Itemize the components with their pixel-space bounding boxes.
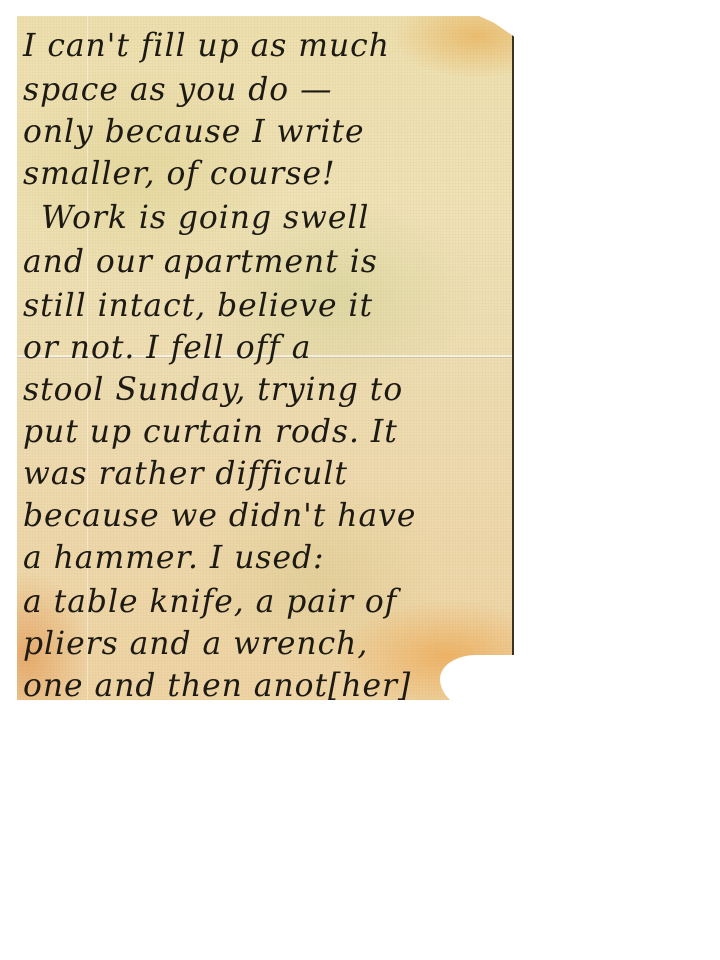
text-line: put up curtain rods. It [23,412,398,450]
text-line: stool Sunday, trying to [23,370,403,408]
text-line: Work is going swell [41,198,369,236]
text-line: only because I write [23,112,364,150]
text-line: was rather difficult [23,454,348,492]
torn-corner [440,655,530,715]
text-line: space as you do — [23,70,332,108]
text-line: pliers and a wrench, [23,624,368,662]
text-line: still intact, believe it [23,286,373,324]
text-line: a hammer. I used: [23,538,325,576]
text-line: one and then anot[her] [23,666,411,700]
text-line: a table knife, a pair of [23,582,397,620]
letter-page: I can't fill up as much space as you do … [17,16,514,700]
text-line: or not. I fell off a [23,328,311,366]
text-line: smaller, of course! [23,154,336,192]
text-line: and our apartment is [23,242,378,280]
text-line: because we didn't have [23,496,416,534]
text-line: I can't fill up as much [23,26,390,64]
